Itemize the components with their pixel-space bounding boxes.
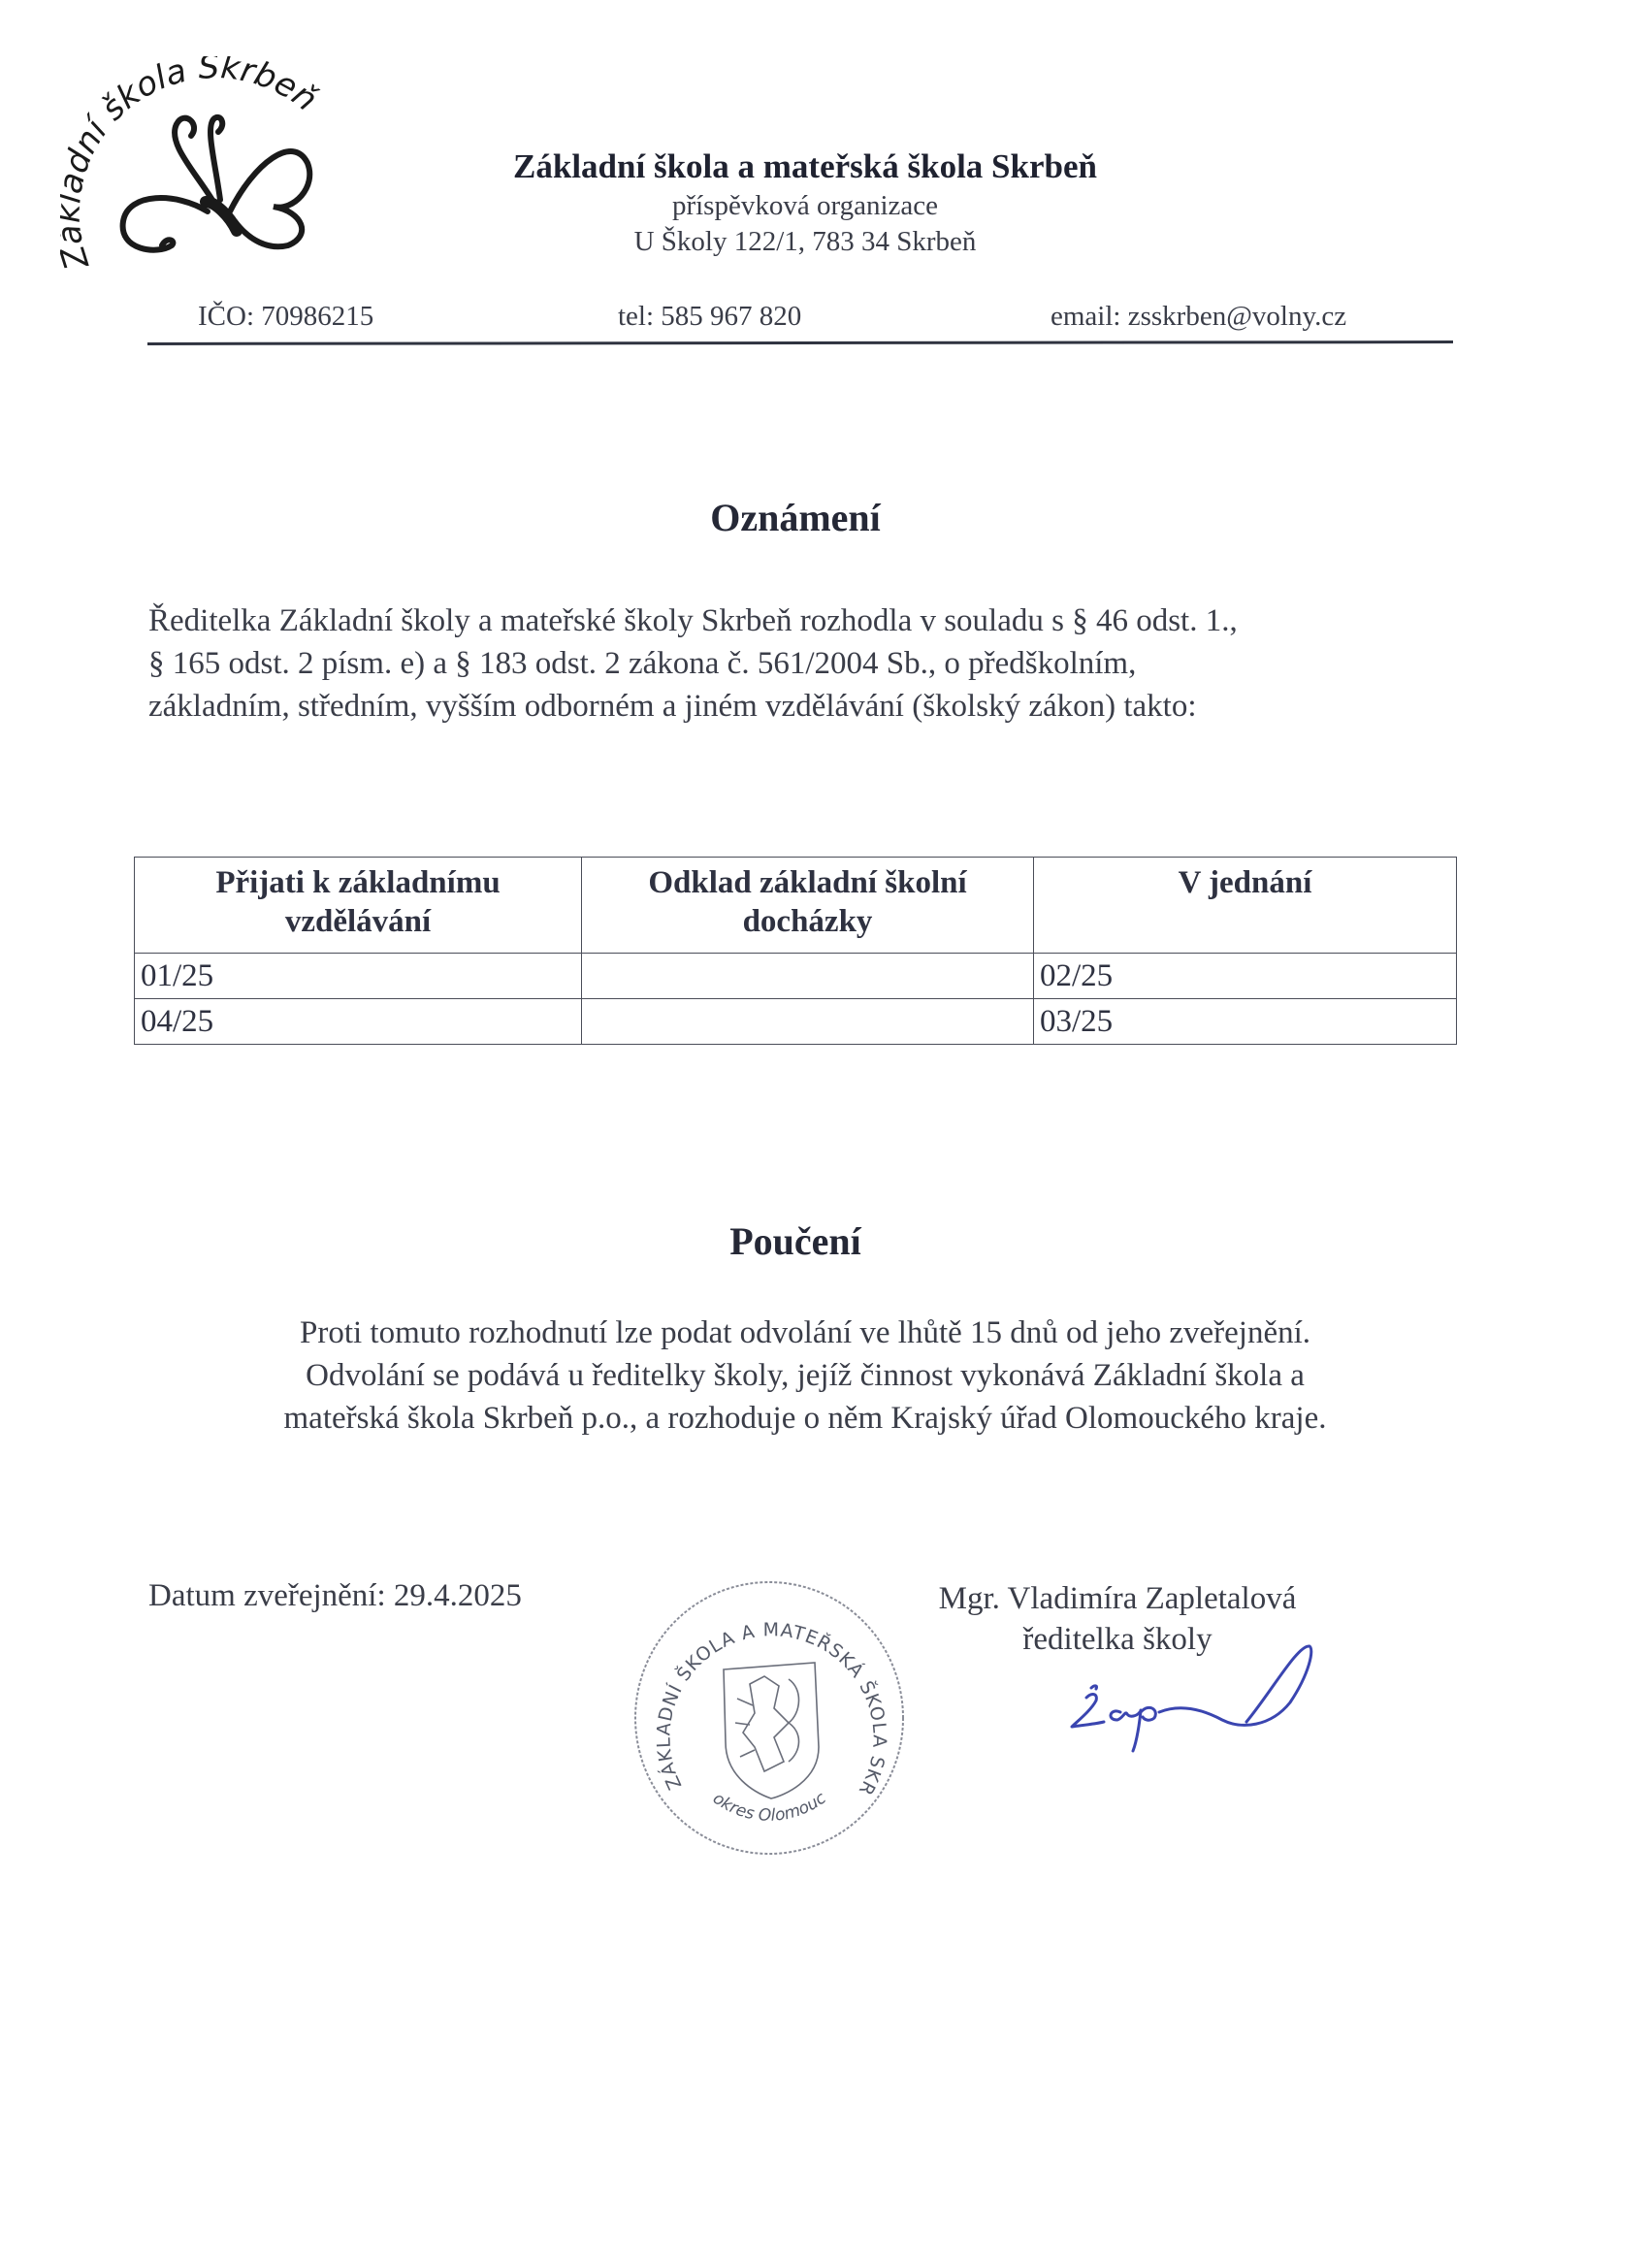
school-header: Základní škola a mateřská škola Skrbeň p… (456, 146, 1154, 260)
column-header-deferral: Odklad základní školní docházky (582, 858, 1034, 954)
coat-of-arms-icon (724, 1663, 819, 1798)
announcement-line: Ředitelka Základní školy a mateřské škol… (148, 599, 1238, 642)
table-cell (582, 999, 1034, 1045)
header-line: docházky (588, 902, 1027, 941)
header-line: Odklad základní školní (588, 863, 1027, 902)
instruction-text: Proti tomuto rozhodnutí lze podat odvolá… (175, 1312, 1436, 1440)
email-address[interactable]: email: zsskrben@volny.cz (1051, 301, 1346, 333)
announcement-line: základním, středním, vyšším odborném a j… (148, 685, 1238, 728)
school-stamp: ZÁKLADNÍ ŠKOLA A MATEŘSKÁ ŠKOLA SKRBEŇ o… (629, 1577, 910, 1859)
column-header-accepted: Přijati k základnímu vzdělávání (135, 858, 582, 954)
header-divider (147, 340, 1453, 345)
table-cell: 04/25 (135, 999, 582, 1045)
table-cell: 01/25 (135, 954, 582, 999)
instruction-title: Poučení (0, 1218, 1591, 1264)
header-line: V jednání (1040, 863, 1450, 902)
header-line: vzdělávání (141, 902, 575, 941)
column-header-pending: V jednání (1034, 858, 1457, 954)
header-line: Přijati k základnímu (141, 863, 575, 902)
table-header-row: Přijati k základnímu vzdělávání Odklad z… (135, 858, 1457, 954)
instruction-line: mateřská škola Skrbeň p.o., a rozhoduje … (175, 1397, 1436, 1440)
decisions-table: Přijati k základnímu vzdělávání Odklad z… (134, 857, 1457, 1045)
announcement-line: § 165 odst. 2 písm. e) a § 183 odst. 2 z… (148, 642, 1238, 685)
school-name: Základní škola a mateřská škola Skrbeň (456, 146, 1154, 188)
handwritten-signature (1048, 1596, 1339, 1770)
instruction-line: Odvolání se podává u ředitelky školy, je… (175, 1354, 1436, 1397)
butterfly-icon (123, 117, 310, 250)
table-cell (582, 954, 1034, 999)
table-row: 01/25 02/25 (135, 954, 1457, 999)
publication-date: Datum zveřejnění: 29.4.2025 (148, 1578, 522, 1614)
announcement-text: Ředitelka Základní školy a mateřské škol… (148, 599, 1238, 728)
stamp-bottom-text: okres Olomouc (709, 1788, 830, 1826)
table-cell: 02/25 (1034, 954, 1457, 999)
phone-number: tel: 585 967 820 (618, 301, 801, 333)
table-cell: 03/25 (1034, 999, 1457, 1045)
announcement-title: Oznámení (0, 495, 1591, 540)
instruction-line: Proti tomuto rozhodnutí lze podat odvolá… (175, 1312, 1436, 1354)
school-address: U Školy 122/1, 783 34 Skrbeň (456, 224, 1154, 260)
school-logo: Základní škola Skrbeň (60, 56, 371, 289)
org-type: příspěvková organizace (456, 188, 1154, 224)
table-row: 04/25 03/25 (135, 999, 1457, 1045)
ico-number: IČO: 70986215 (198, 301, 373, 333)
